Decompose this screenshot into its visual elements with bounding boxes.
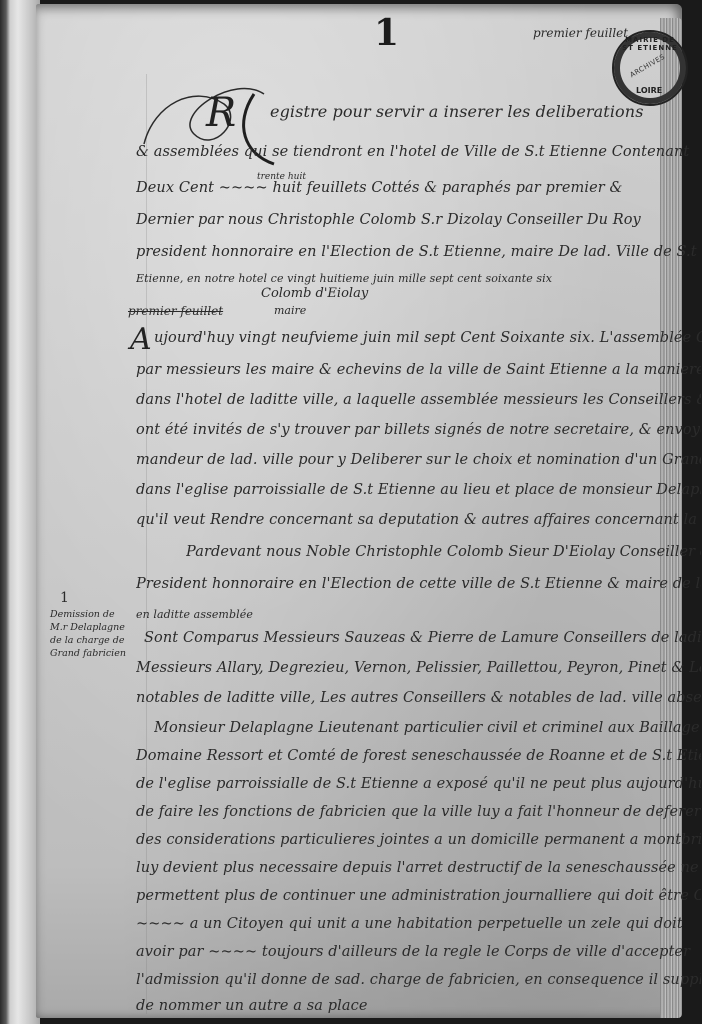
resignation-line-9: avoir par ~~~~ toujours d'ailleurs de la… [136, 944, 701, 960]
session-line-7: qu'il veut Rendre concernant sa deputati… [136, 512, 701, 528]
resignation-line-11: de nommer un autre a sa place [136, 998, 701, 1014]
resignation-line-5: des considerations particulieres jointes… [136, 832, 701, 848]
margin-note-line: M.r Delaplagne [50, 621, 142, 634]
session-line-4: ont été invités de s'y trouver par bille… [136, 422, 701, 438]
resignation-line-6: luy devient plus necessaire depuis l'arr… [136, 860, 701, 876]
session-line-3: dans l'hotel de laditte ville, a laquell… [136, 392, 701, 408]
session-line-5: mandeur de lad. ville pour y Deliberer s… [136, 452, 701, 468]
title-line-6: Etienne, en notre hotel ce vingt huitiem… [136, 272, 701, 285]
margin-note-number: 1 [60, 590, 69, 606]
manuscript-page: 1 premier feuillet MAIRIE DE ST ETIENNE … [36, 4, 682, 1018]
resignation-line-1: Monsieur Delaplagne Lieutenant particuli… [154, 720, 700, 736]
resignation-line-10: l'admission qu'il donne de sad. charge d… [136, 972, 701, 988]
session-line-1: ujourd'huy vingt neufvieme juin mil sept… [154, 330, 702, 346]
title-line-3: Deux Cent ~~~~ huit feuillets Cottés & p… [136, 180, 701, 196]
archive-stamp: MAIRIE DE ST ETIENNE ARCHIVES LOIRE [612, 30, 688, 106]
stamp-center-text: ARCHIVES [629, 53, 667, 80]
stamp-bottom-text: LOIRE [636, 86, 662, 95]
top-note: premier feuillet [533, 26, 628, 40]
margin-note-line: Grand fabricien [50, 647, 142, 660]
presidence-line-3: en laditte assemblée [136, 608, 701, 621]
resignation-line-3: de l'eglise parroissialle de S.t Etienne… [136, 776, 701, 792]
attendance-line-3: notables de laditte ville, Les autres Co… [136, 690, 701, 706]
session-line-6: dans l'eglise parroissialle de S.t Etien… [136, 482, 701, 498]
resignation-line-4: de faire les fonctions de fabricien que … [136, 804, 701, 820]
resignation-line-7: permettent plus de continuer une adminis… [136, 888, 701, 904]
signature-title: maire [274, 304, 306, 317]
title-line-5: president honnoraire en l'Election de S.… [136, 244, 701, 260]
margin-note-line: Demission de [50, 608, 142, 621]
attendance-line-1: Sont Comparus Messieurs Sauzeas & Pierre… [144, 630, 702, 646]
attendance-line-2: Messieurs Allary, Degrezieu, Vernon, Pel… [136, 660, 701, 676]
presidence-line-1: Pardevant nous Noble Christophle Colomb … [186, 544, 701, 560]
book-binding-left [0, 0, 40, 1024]
session-initial: A [130, 322, 152, 357]
resignation-line-8: ~~~~ a un Citoyen qui unit a une habitat… [136, 916, 701, 932]
margin-note: Demission de M.r Delaplagne de la charge… [50, 608, 142, 660]
title-initial: R [206, 90, 236, 136]
mayor-signature: Colomb d'Eiolay [261, 286, 368, 301]
title-line-1: egistre pour servir a inserer les delibe… [270, 102, 702, 121]
session-line-2: par messieurs les maire & echevins de la… [136, 362, 701, 378]
title-line-2: & assemblées qui se tiendront en l'hotel… [136, 144, 701, 160]
title-line-4: Dernier par nous Christophle Colomb S.r … [136, 212, 701, 228]
margin-note-line: de la charge de [50, 634, 142, 647]
struck-text: premier feuillet [128, 304, 223, 318]
resignation-line-2: Domaine Ressort et Comté de forest senes… [136, 748, 701, 764]
stamp-top-text: MAIRIE DE ST ETIENNE [620, 36, 680, 52]
folio-number: 1 [374, 12, 399, 54]
presidence-line-2: President honnoraire en l'Election de ce… [136, 576, 701, 592]
